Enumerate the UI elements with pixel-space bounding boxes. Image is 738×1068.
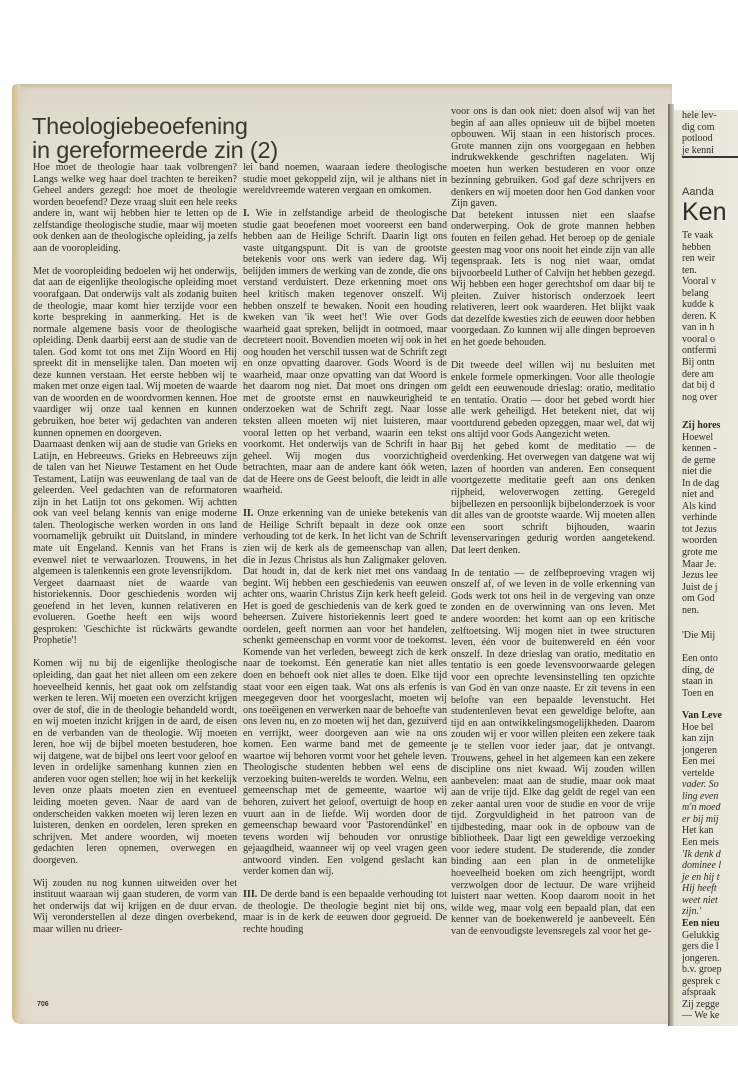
text-line: belang [682,288,717,300]
text-line: Een mei [682,756,722,768]
text-line: Maar Je. [682,559,720,571]
text-line: je kenni [682,145,717,157]
text-line: ding, de [682,665,718,677]
text-line: grote me [682,547,720,559]
section-text: De derde band is een bepaalde verhouding… [243,889,447,935]
text-line: Zij zegge [682,999,722,1011]
text-line: Het kan [682,825,722,837]
facing-kicker: Aanda [682,186,714,198]
text-line: deren. K [682,311,717,323]
paragraph: Dat betekent intussen niet een slaafse o… [451,210,655,349]
section-III: III. De derde band is een bepaalde verho… [243,889,447,935]
facing-quote: 'Die Mij [682,630,715,642]
text-line: ontfermi [682,345,717,357]
text-line: de geme [682,455,720,467]
text-line: van in h [682,322,717,334]
paragraph: Wij zouden nu nog kunnen uitweiden over … [33,878,237,936]
text-line: niet and [682,489,720,501]
text-line: kudde k [682,299,717,311]
facing-intro: Te vaak hebben ren weir ten. Vooral v be… [682,230,717,403]
paragraph: Komen wij nu bij de eigenlijke theologis… [33,658,237,866]
text-line: nen. [682,605,720,617]
text-line: zijn.' [682,906,722,918]
title-line-2: in gereformeerde zin (2) [32,138,452,162]
text-line: jongeren [682,745,722,757]
magazine-page-right: hele lev- dig com potlood je kenni Aanda… [674,110,738,1026]
paragraph: In de tentatio — de zelfbeproeving vrage… [451,568,655,938]
article-column-2: lei band noemen, waaraan iedere theologi… [243,162,447,936]
paragraph: Bij het gebed komt de meditatio — de ove… [451,441,655,556]
text-line: 'Ik denk d [682,849,722,861]
section-label: III. [243,889,257,900]
facing-section-1: Zij hores Hoewel kennen - de geme niet d… [682,420,720,616]
text-line: tot Jezus [682,524,720,536]
text-line: Vooral v [682,276,717,288]
text-line: dominee l [682,860,722,872]
text-line: niet die [682,466,720,478]
text-line: afspraak [682,987,722,999]
text-line: woorden [682,535,720,547]
text-line: er bij mij [682,814,722,826]
paragraph: Vergeet daarnaast niet de waarde van his… [33,578,237,647]
text-line: ling even [682,791,722,803]
text-line: jongeren. [682,953,722,965]
text-line: je en hij t [682,872,722,884]
text-line: hebben [682,242,717,254]
article-column-3: voor ons is dan ook niet: doen alsof wij… [451,106,655,937]
section-heading: Zij hores [682,420,720,432]
text-line: potlood [682,133,717,145]
text-line: Toen en [682,688,718,700]
text-line: Als kind [682,501,720,513]
text-line: Hij heeft [682,883,722,895]
text-line: staan in [682,676,718,688]
text-line: vader. So [682,779,722,791]
facing-section-3: Van Leve Hoe bel kan zijn jongeren Een m… [682,710,722,918]
text-line: dig com [682,122,717,134]
divider-rule [682,156,738,158]
paragraph: lei band noemen, waaraan iedere theologi… [243,162,447,197]
section-label: II. [243,508,253,519]
paragraph: Hoe moet de theologie haar taak volbreng… [33,162,237,254]
text-line: weet niet [682,895,722,907]
text-line: kennen - [682,443,720,455]
paragraph: Met de vooropleiding bedoelen wij het on… [33,266,237,439]
page-number: 706 [37,1001,49,1008]
section-text: Wie in zelfstandige arbeid de theologisc… [243,208,447,496]
text-line: Te vaak [682,230,717,242]
section-heading: Van Leve [682,710,722,722]
text-line: Jezus lee [682,570,720,582]
text-line: nog over [682,392,717,404]
text-line: vooral o [682,334,717,346]
page-edge [12,84,20,1024]
text-line: Hoe bel [682,722,722,734]
text-line: ren weir [682,253,717,265]
text-line: om God [682,593,720,605]
text-line: m'n moed [682,802,722,814]
text-line: Bij ontn [682,357,717,369]
text-line: — We ke [682,1010,722,1022]
section-II: II. Onze erkenning van de unieke beteken… [243,508,447,878]
text-line: ten. [682,265,717,277]
text-line: Een meis [682,837,722,849]
text-line: b.v. groep [682,964,722,976]
text-line: dat bij d [682,380,717,392]
paragraph: Dit tweede deel willen wij nu besluiten … [451,360,655,441]
facing-section-2: Een onto ding, de staan in Toen en [682,653,718,699]
title-line-1: Theologiebeoefening [32,114,452,138]
text-line: verhinde [682,512,720,524]
text-line: hele lev- [682,110,717,122]
article-title: Theologiebeoefening in gereformeerde zin… [32,114,452,162]
text-line: gesprek c [682,976,722,988]
section-heading: Een nieu [682,918,722,930]
section-I: I. Wie in zelfstandige arbeid de theolog… [243,208,447,497]
article-column-1: Hoe moet de theologie haar taak volbreng… [33,162,237,936]
text-line: kan zijn [682,733,722,745]
text-line: Hoewel [682,432,720,444]
text-line: gers die l [682,941,722,953]
text-line: Juist de j [682,582,720,594]
facing-top-text: hele lev- dig com potlood je kenni [682,110,717,156]
paragraph: voor ons is dan ook niet: doen alsof wij… [451,106,655,210]
facing-section-4: Een nieu Gelukkig gers die l jongeren. b… [682,918,722,1022]
facing-headline: Ken [682,198,726,227]
text-line: In de dag [682,478,720,490]
section-text: Onze erkenning van de unieke betekenis v… [243,508,447,877]
text-line: dere am [682,369,717,381]
text-line: Gelukkig [682,930,722,942]
text-line: Een onto [682,653,718,665]
text-line: vertelde [682,768,722,780]
paragraph: Daarnaast denken wij aan de studie van G… [33,439,237,578]
